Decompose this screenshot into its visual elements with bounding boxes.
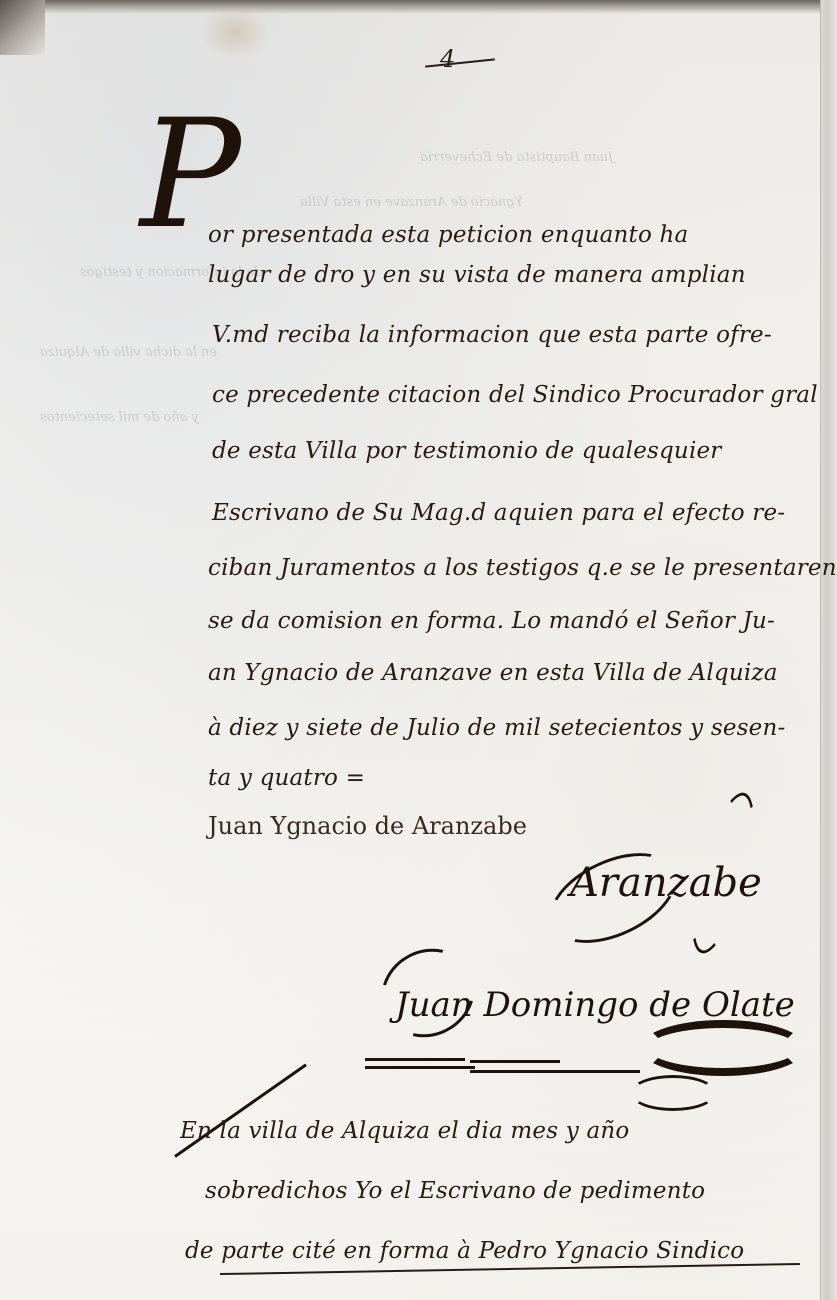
decree-line: se da comision en forma. Lo mandó el Señ… bbox=[208, 608, 775, 634]
bleed-through-text: en la dicha villa de Alquiza bbox=[40, 345, 217, 360]
decree-line: an Ygnacio de Aranzave en esta Villa de … bbox=[208, 660, 778, 686]
page-torn-corner bbox=[0, 0, 45, 55]
decree-line: à diez y siete de Julio de mil setecient… bbox=[208, 715, 785, 741]
signature-juan-ygnacio: Juan Ygnacio de Aranzabe bbox=[208, 812, 527, 840]
decree-line: Escrivano de Su Mag.d aquien para el efe… bbox=[212, 500, 785, 526]
decree-line: lugar de dro y en su vista de manera amp… bbox=[208, 262, 746, 288]
closing-underline bbox=[220, 1263, 800, 1275]
decree-line: ce precedente citacion del Sindico Procu… bbox=[212, 382, 818, 408]
decree-line: V.md reciba la informacion que esta part… bbox=[212, 322, 772, 348]
rubric-stroke bbox=[470, 1060, 560, 1063]
paper-stain bbox=[200, 6, 270, 58]
bleed-through-text: y año de mil setecientos bbox=[40, 410, 199, 425]
rubric-stroke bbox=[365, 1058, 465, 1061]
decree-line: or presentada esta peticion enquanto ha bbox=[208, 222, 688, 248]
bleed-through-text: Ygnacio de Aranzave en esta Villa bbox=[300, 195, 523, 210]
rubric-flourish bbox=[640, 1020, 806, 1076]
folio-rule bbox=[425, 58, 495, 67]
notification-line: de parte cité en forma à Pedro Ygnacio S… bbox=[185, 1238, 744, 1264]
bleed-through-text: Juan Bauptista de Echeverria bbox=[420, 150, 613, 165]
folio-number: 4 bbox=[440, 45, 455, 73]
rubric-flourish bbox=[535, 835, 690, 961]
notification-line: sobredichos Yo el Escrivano de pedimento bbox=[205, 1178, 705, 1204]
notification-line: En la villa de Alquiza el dia mes y año bbox=[180, 1118, 629, 1144]
manuscript-page: Juan Bauptista de Echeverria Ygnacio de … bbox=[0, 0, 837, 1300]
rubric-flourish bbox=[630, 1075, 716, 1111]
rubric-stroke bbox=[470, 1070, 640, 1073]
page-top-edge bbox=[0, 0, 837, 14]
page-binding-edge bbox=[820, 0, 837, 1300]
decree-line: de esta Villa por testimonio de qualesqu… bbox=[212, 438, 722, 464]
decree-line: ta y quatro = bbox=[208, 765, 365, 791]
rubric-stroke bbox=[365, 1066, 475, 1069]
rubric-flourish bbox=[365, 932, 491, 1054]
decree-line: ciban Juramentos a los testigos q.e se l… bbox=[208, 555, 837, 581]
